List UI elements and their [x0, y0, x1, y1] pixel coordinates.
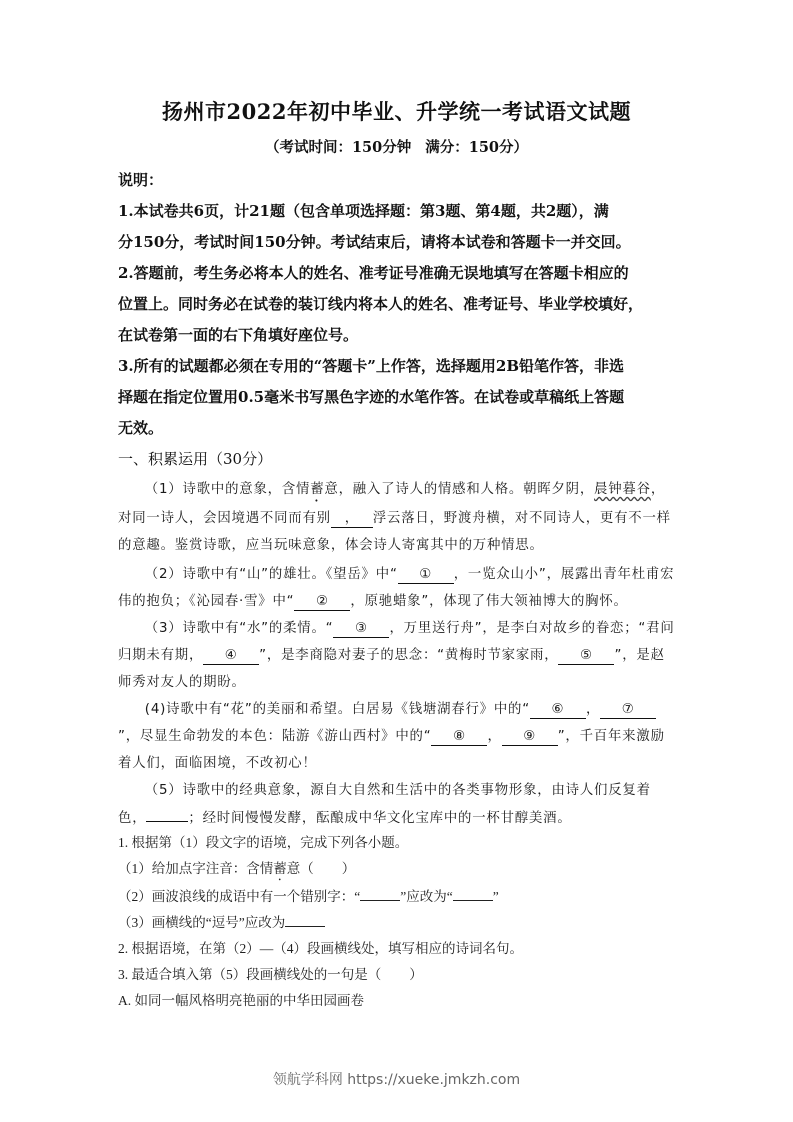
exam-subtitle: （考试时间：150分钟满分：150分） [0, 136, 793, 157]
question-2: 2. 根据语境，在第（2）—（4）段画横线处，填写相应的诗词名句。 [118, 936, 678, 962]
exam-full-score: 满分：150分） [425, 139, 528, 156]
instructions-heading: 说明： [118, 165, 678, 196]
fill-blank-9[interactable]: ⑨ [502, 729, 558, 746]
fill-blank-3[interactable]: ③ [333, 621, 389, 638]
dotted-char: 蓄 [310, 482, 324, 497]
passage-text: ， [487, 729, 501, 744]
fill-blank-4[interactable]: ④ [203, 648, 259, 665]
fill-blank-7[interactable]: ⑦ [600, 702, 656, 719]
passage-text: ， [586, 702, 600, 717]
fill-blank-1[interactable]: ① [398, 567, 454, 584]
exam-page: 扬州市2022年初中毕业、升学统一考试语文试题 （考试时间：150分钟满分：15… [0, 0, 793, 1122]
question-text: ） [342, 861, 356, 876]
passage-text: ；经时间慢慢发酵，酝酿成中华文化宝库中的一杯甘醇美酒。 [188, 811, 571, 826]
question-3: 3. 最适合填入第（5）段画横线处的一句是（） [118, 962, 678, 988]
questions: 1. 根据第（1）段文字的语境，完成下列各小题。 （1）给加点字注音：含情蓄意（… [118, 830, 678, 1014]
question-text: （2）画波浪线的成语中有一个错别字：“ [118, 889, 360, 904]
fill-blank-sentence[interactable] [146, 821, 188, 822]
question-text: ” [493, 889, 499, 904]
fill-blank-8[interactable]: ⑧ [431, 729, 487, 746]
fill-blank-2[interactable]: ② [294, 594, 350, 611]
question-text: （1）给加点字注音：含情 [118, 861, 273, 876]
passage-paragraph-4: (4)诗歌中有“花”的美丽和希望。白居易《钱塘湖春行》中的“⑥，⑦”，尽显生命勃… [118, 696, 678, 777]
instruction-line: 分150分，考试时间150分钟。考试结束后，请将本试卷和答题卡一并交回。 [118, 227, 678, 258]
question-text: ） [409, 967, 423, 982]
passage-text: ，原驰蜡象”，体现了伟大领袖博大的胸怀。 [350, 594, 627, 609]
question-text: ”应改为“ [400, 889, 452, 904]
fill-blank-6[interactable]: ⑥ [530, 702, 586, 719]
watermark-footer: 领航学科网 https://xueke.jmkzh.com [0, 1069, 793, 1089]
reading-passage: （1）诗歌中的意象，含情蓄意，融入了诗人的情感和人格。朝晖夕阴，晨钟暮谷，对同一… [118, 476, 678, 833]
question-1-2: （2）画波浪线的成语中有一个错别字：“”应改为“” [118, 884, 678, 910]
instruction-line: 择题在指定位置用0.5毫米书写黑色字迹的水笔作答。在试卷或草稿纸上答题 [118, 382, 678, 413]
answer-blank[interactable] [285, 912, 325, 927]
exam-time: （考试时间：150分钟 [265, 139, 411, 156]
passage-text: (4)诗歌中有“花”的美丽和希望。白居易《钱塘湖春行》中的“ [145, 702, 530, 717]
passage-paragraph-2: （2）诗歌中有“山”的雄壮。《望岳》中“①，一览众山小”，展露出青年杜甫宏伟的抱… [118, 561, 678, 615]
instruction-line: 3.所有的试题都必须在专用的“答题卡”上作答，选择题用2B铅笔作答，非选 [118, 351, 678, 382]
instruction-line: 2.答题前，考生务必将本人的姓名、准考证号准确无误地填写在答题卡相应的 [118, 258, 678, 289]
passage-text: ”，是李商隐对妻子的思念：“黄梅时节家家雨， [259, 648, 558, 663]
instructions: 说明： 1.本试卷共6页，计21题（包含单项选择题：第3题、第4题，共2题），满… [118, 165, 678, 475]
dotted-char: 蓄 [273, 861, 287, 876]
question-text: 意（ [287, 861, 314, 876]
passage-text: （1）诗歌中的意象，含情 [145, 482, 310, 497]
passage-paragraph-3: （3）诗歌中有“水”的柔情。“③，万里送行舟”，是李白对故乡的眷恋；“君问归期未… [118, 615, 678, 696]
exam-title: 扬州市2022年初中毕业、升学统一考试语文试题 [0, 96, 793, 126]
question-text: 3. 最适合填入第（5）段画横线处的一句是（ [118, 967, 381, 982]
question-1-1: （1）给加点字注音：含情蓄意（） [118, 856, 678, 884]
question-1: 1. 根据第（1）段文字的语境，完成下列各小题。 [118, 830, 678, 856]
answer-blank[interactable] [360, 886, 400, 901]
passage-text: （2）诗歌中有“山”的雄壮。《望岳》中“ [145, 567, 398, 582]
instruction-line: 在试卷第一面的右下角填好座位号。 [118, 320, 678, 351]
passage-paragraph-5: （5）诗歌中的经典意象，源自大自然和生活中的各类事物形象，由诗人们反复着色，；经… [118, 777, 678, 833]
section-heading: 一、积累运用（30分） [118, 444, 678, 475]
answer-blank[interactable] [453, 886, 493, 901]
passage-text: ”，尽显生命勃发的本色：陆游《游山西村》中的“ [118, 729, 431, 744]
fill-blank-5[interactable]: ⑤ [558, 648, 614, 665]
question-1-3: （3）画横线的“逗号”应改为 [118, 910, 678, 936]
underlined-comma: ， [331, 511, 373, 528]
instruction-line: 无效。 [118, 413, 678, 444]
passage-paragraph-1: （1）诗歌中的意象，含情蓄意，融入了诗人的情感和人格。朝晖夕阴，晨钟暮谷，对同一… [118, 476, 678, 559]
instruction-line: 位置上。同时务必在试卷的装订线内将本人的姓名、准考证号、毕业学校填好， [118, 289, 678, 320]
instruction-line: 1.本试卷共6页，计21题（包含单项选择题：第3题、第4题，共2题），满 [118, 196, 678, 227]
question-text: （3）画横线的“逗号”应改为 [118, 915, 285, 930]
option-a[interactable]: A. 如同一幅风格明亮艳丽的中华田园画卷 [118, 988, 678, 1014]
passage-text: （3）诗歌中有“水”的柔情。“ [145, 621, 334, 636]
wavy-underlined-idiom: 晨钟暮谷 [594, 482, 651, 497]
passage-text: 意，融入了诗人的情感和人格。朝晖夕阴， [324, 482, 594, 497]
